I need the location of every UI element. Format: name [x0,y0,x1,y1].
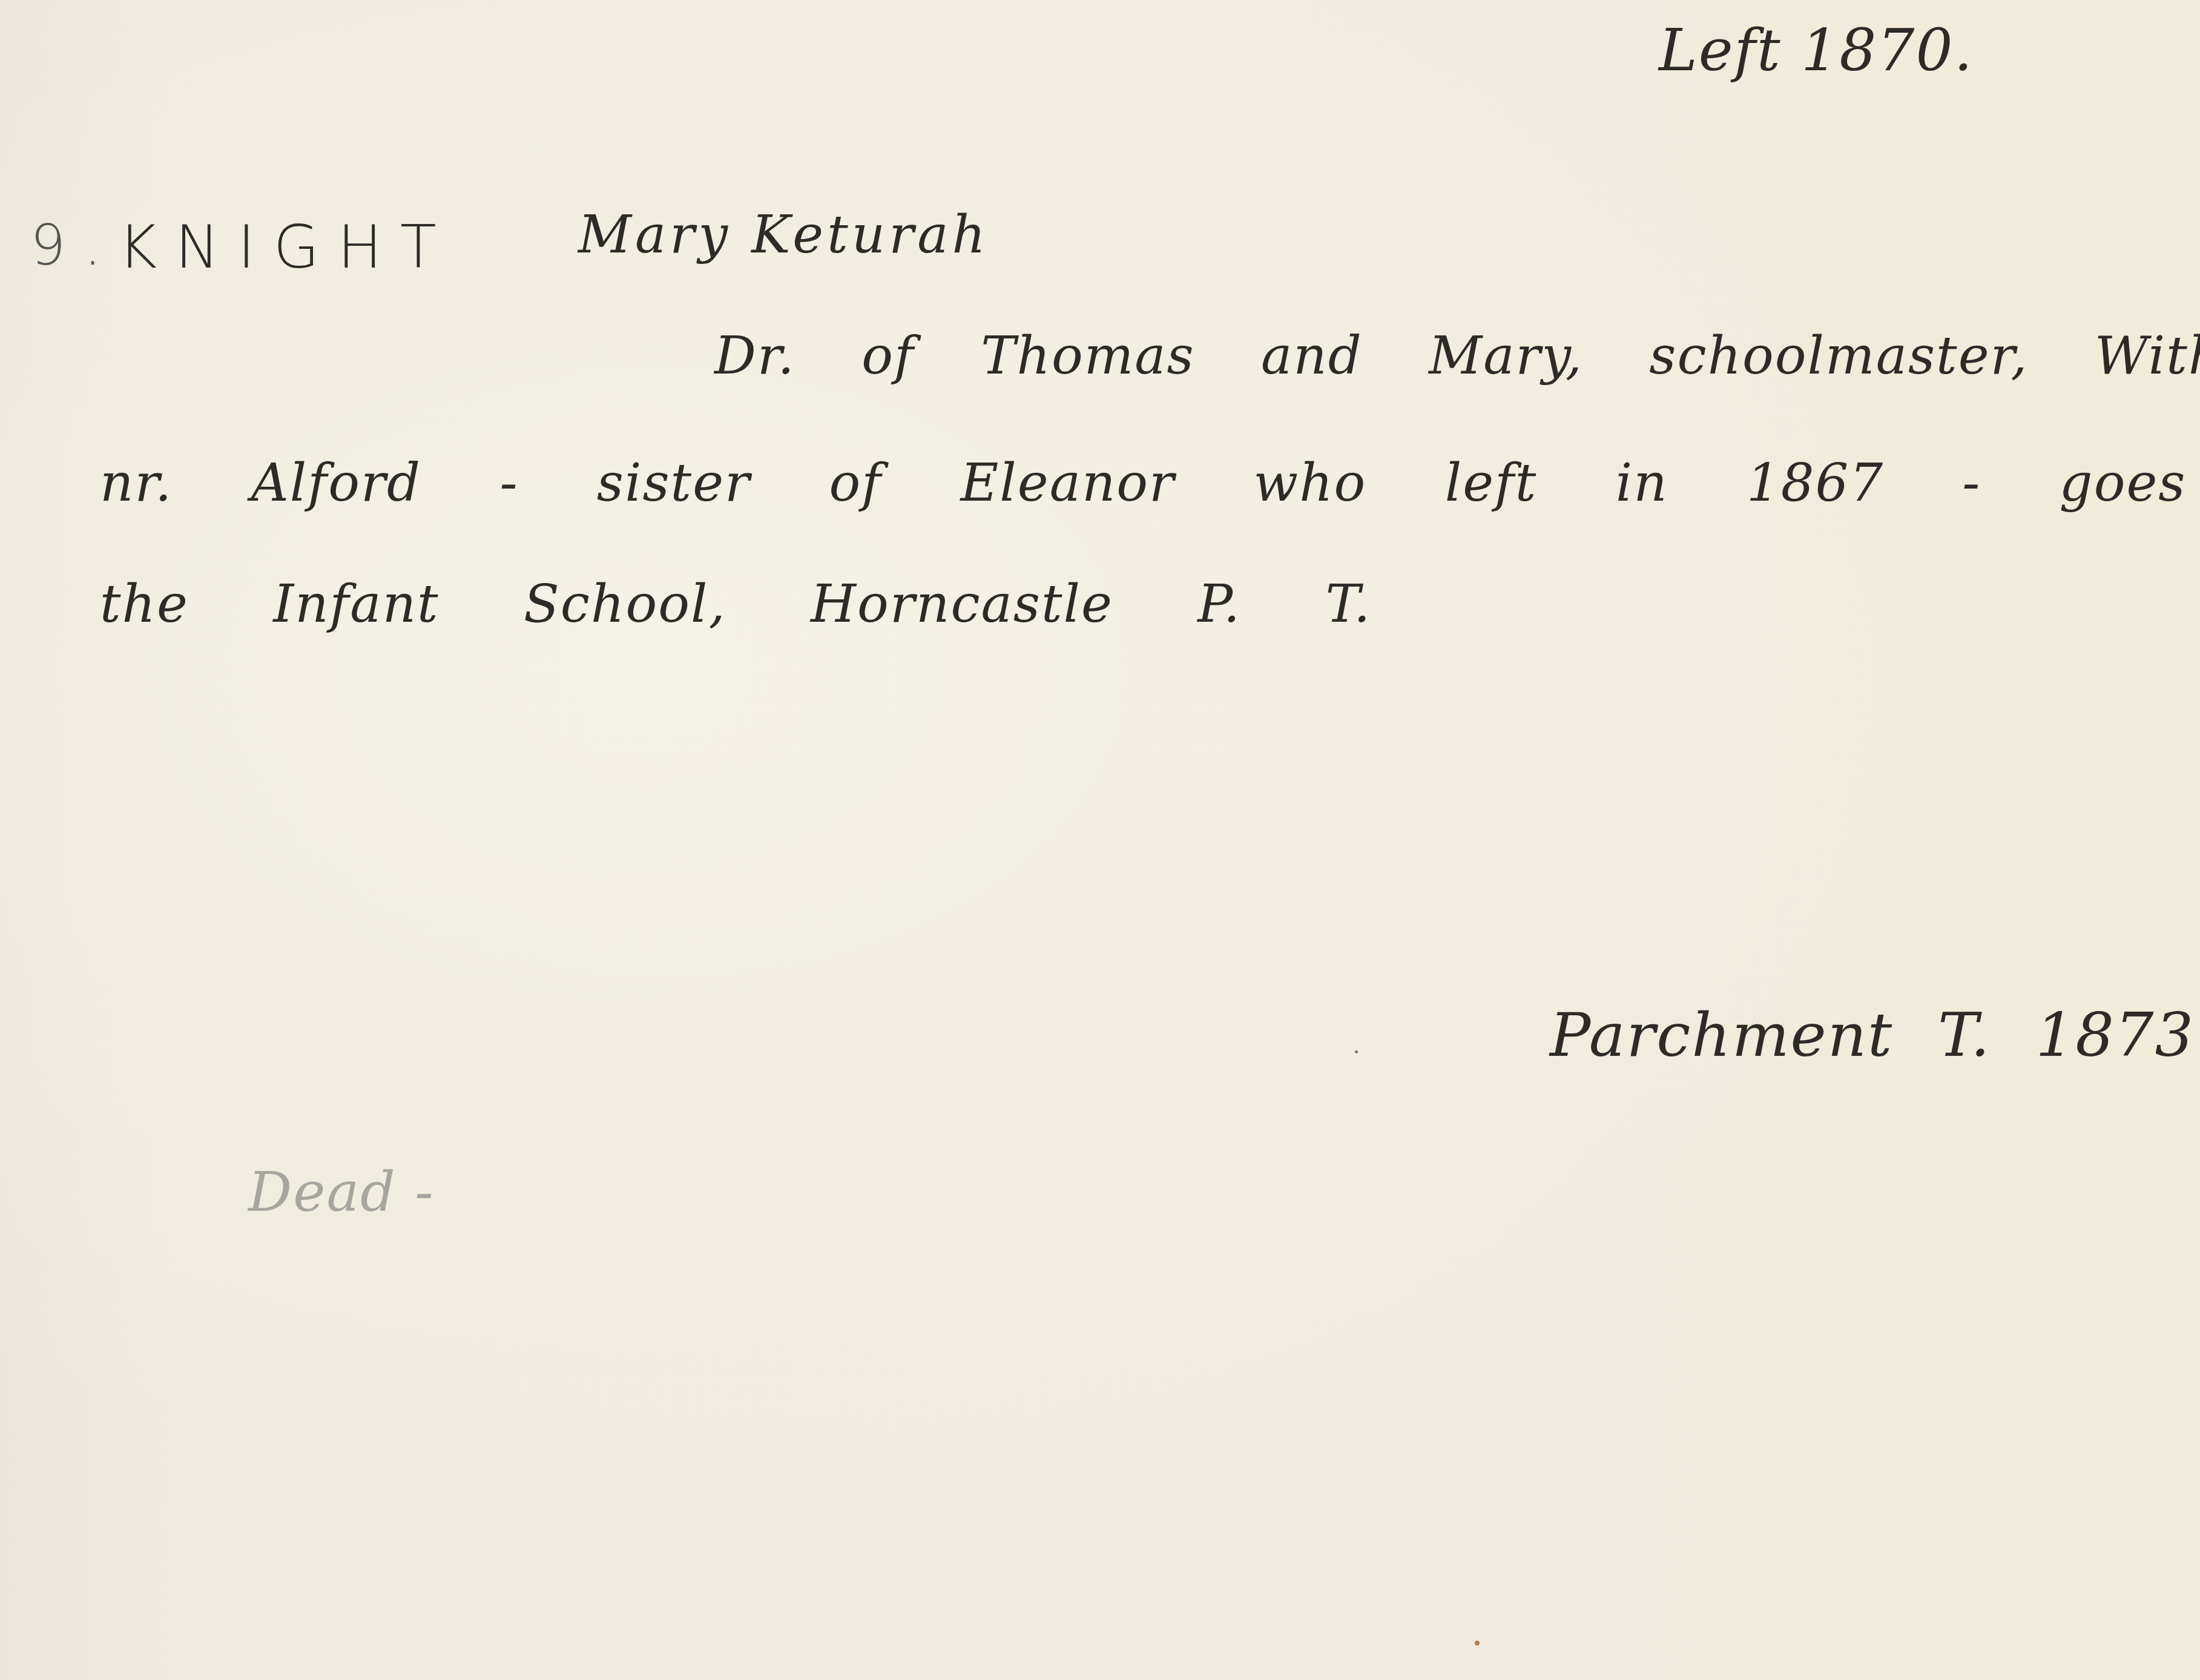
entry-description-line-3: the Infant School, Horncastle P. T. [100,578,1371,630]
entry-number: 9. [30,218,120,274]
entry-given-names: Mary Keturah [578,209,989,261]
paper-speck [1475,1641,1480,1645]
entry-surname: KNIGHT [118,218,455,277]
parchment-note: Parchment T. 1873. [1550,1005,2200,1066]
register-page: Left 1870. 9. KNIGHT Mary Keturah Dr. of… [0,0,2200,1680]
left-date-note: Left 1870. [1659,21,1974,79]
entry-description-line-2: nr. Alford - sister of Eleanor who left … [100,457,2200,509]
entry-description-line-1: Dr. of Thomas and Mary, schoolmaster, Wi… [714,330,2200,382]
pencil-dead-note: Dead - [248,1165,435,1220]
paper-speck [1355,1050,1358,1053]
